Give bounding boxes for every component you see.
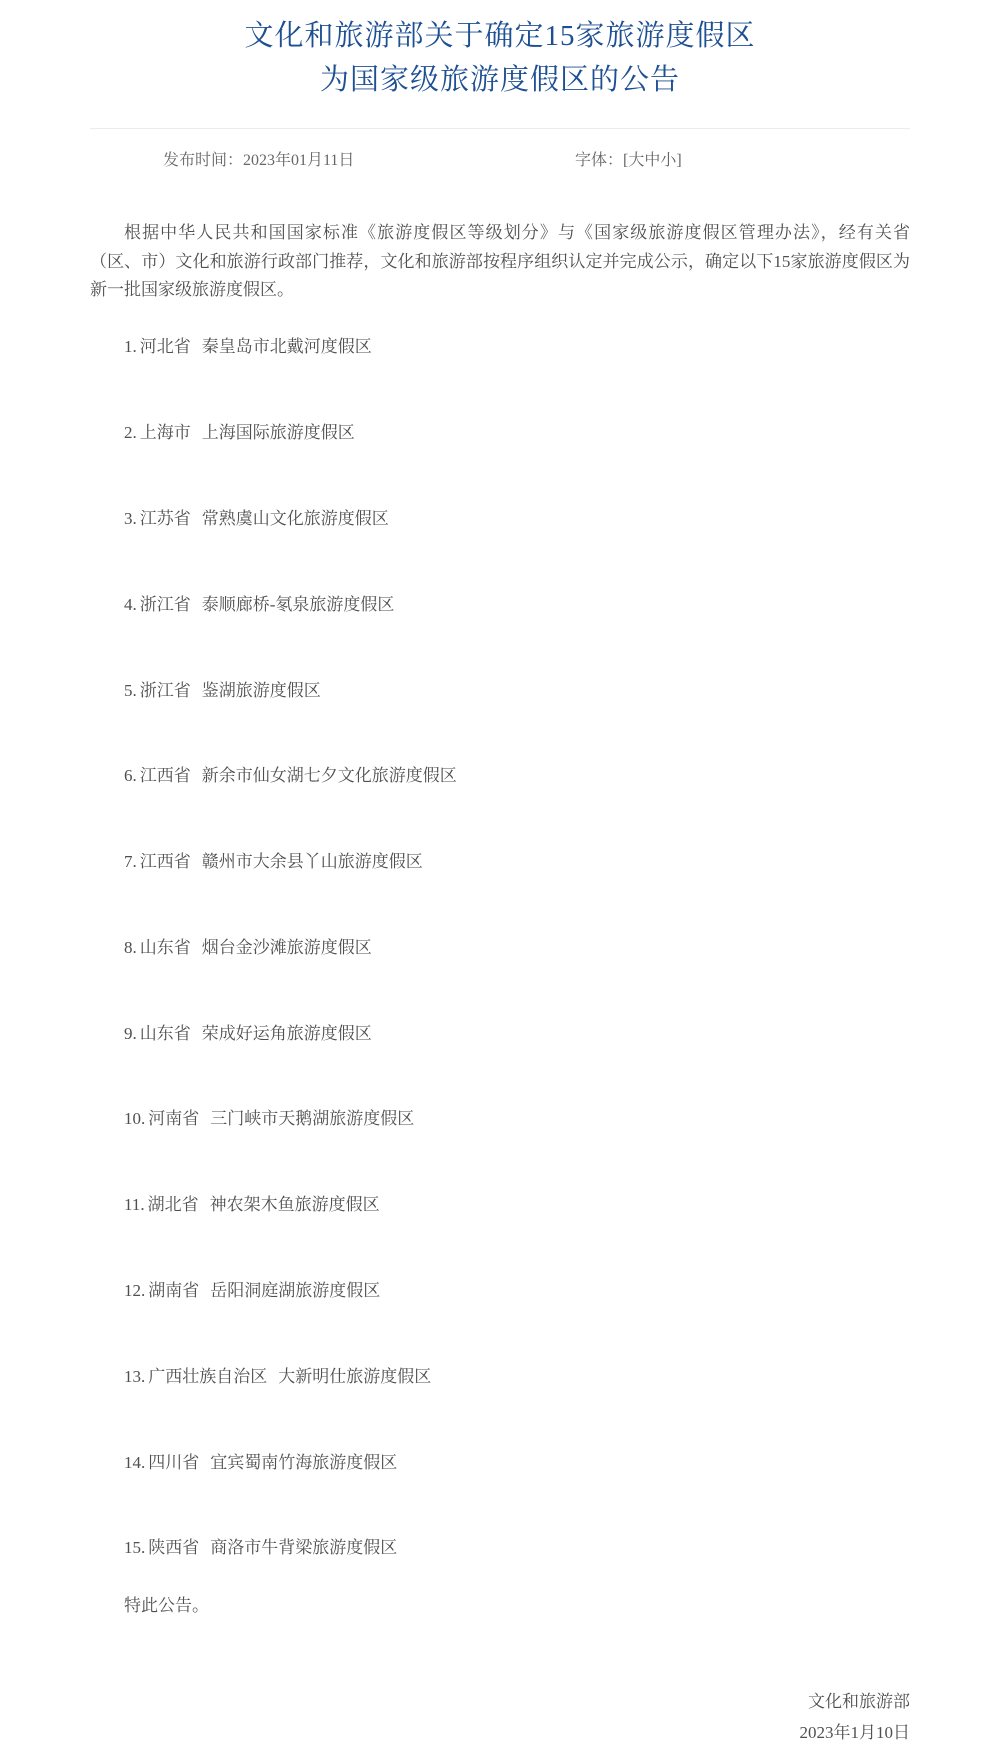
list-item-province: 湖南省 [148,1281,199,1300]
list-item: 1.河北省秦皇岛市北戴河度假区 [90,305,910,391]
list-item-resort-name: 泰顺廊桥-氡泉旅游度假区 [202,595,395,614]
list-item: 3.江苏省常熟虞山文化旅游度假区 [90,476,910,562]
list-item-number: 15. [124,1538,145,1557]
list-item-province: 广西壮族自治区 [148,1367,267,1386]
list-item-resort-name: 荣成好运角旅游度假区 [202,1024,372,1043]
list-item-resort-name: 神农架木鱼旅游度假区 [210,1195,380,1214]
list-item-resort-name: 商洛市牛背梁旅游度假区 [210,1538,397,1557]
list-item: 4.浙江省泰顺廊桥-氡泉旅游度假区 [90,562,910,648]
list-item-resort-name: 新余市仙女湖七夕文化旅游度假区 [202,766,457,785]
list-item-province: 山东省 [140,938,191,957]
list-item: 11.湖北省神农架木鱼旅游度假区 [90,1163,910,1249]
page-title-line1: 文化和旅游部关于确定15家旅游度假区 [244,20,755,52]
list-item-resort-name: 大新明仕旅游度假区 [278,1367,431,1386]
list-item: 9.山东省荣成好运角旅游度假区 [90,991,910,1077]
list-item: 6.江西省新余市仙女湖七夕文化旅游度假区 [90,734,910,820]
list-item-province: 河南省 [148,1109,199,1128]
font-size-label: 字体： [575,152,623,169]
signature-date: 2023年1月10日 [90,1717,910,1748]
list-item-resort-name: 常熟虞山文化旅游度假区 [202,509,389,528]
list-item-number: 9. [124,1024,137,1043]
list-item-province: 江西省 [140,852,191,871]
list-item-province: 山东省 [140,1024,191,1043]
list-item-number: 14. [124,1453,145,1472]
list-item: 7.江西省赣州市大余县丫山旅游度假区 [90,819,910,905]
font-size-control: 字体：[大中小] [575,147,682,170]
list-item-number: 13. [124,1367,145,1386]
list-item: 5.浙江省鉴湖旅游度假区 [90,648,910,734]
meta-row: 发布时间：2023年01月11日 字体：[大中小] [90,147,910,169]
list-item-number: 4. [124,595,137,614]
list-item-province: 陕西省 [148,1538,199,1557]
list-item: 10.河南省三门峡市天鹅湖旅游度假区 [90,1077,910,1163]
list-item-resort-name: 烟台金沙滩旅游度假区 [202,938,372,957]
signature-org: 文化和旅游部 [90,1686,910,1717]
list-item-resort-name: 鉴湖旅游度假区 [202,681,321,700]
list-item-province: 江西省 [140,766,191,785]
list-item-number: 2. [124,423,137,442]
list-item-province: 湖北省 [148,1195,199,1214]
list-item-province: 河北省 [140,337,191,356]
resort-list: 1.河北省秦皇岛市北戴河度假区 2.上海市上海国际旅游度假区 3.江苏省常熟虞山… [90,305,910,1592]
publish-date: 发布时间：2023年01月11日 [163,147,354,170]
document-body: 根据中华人民共和国国家标准《旅游度假区等级划分》与《国家级旅游度假区管理办法》，… [90,219,910,1620]
announcement-page: 文化和旅游部关于确定15家旅游度假区 为国家级旅游度假区的公告 发布时间：202… [0,0,1000,1758]
list-item-province: 四川省 [148,1453,199,1472]
title-divider [90,128,910,129]
list-item-number: 6. [124,766,137,785]
list-item-number: 1. [124,337,137,356]
list-item-resort-name: 岳阳洞庭湖旅游度假区 [210,1281,380,1300]
list-item-resort-name: 三门峡市天鹅湖旅游度假区 [210,1109,414,1128]
list-item-number: 3. [124,509,137,528]
list-item: 13.广西壮族自治区大新明仕旅游度假区 [90,1334,910,1420]
list-item-province: 浙江省 [140,595,191,614]
list-item: 14.四川省宜宾蜀南竹海旅游度假区 [90,1420,910,1506]
closing-line: 特此公告。 [90,1592,910,1621]
list-item-province: 浙江省 [140,681,191,700]
list-item: 2.上海市上海国际旅游度假区 [90,391,910,477]
signature-block: 文化和旅游部 2023年1月10日 [90,1686,910,1748]
list-item-province: 江苏省 [140,509,191,528]
list-item-resort-name: 上海国际旅游度假区 [202,423,355,442]
publish-date-label: 发布时间： [163,152,243,169]
list-item-number: 8. [124,938,137,957]
page-title-line2: 为国家级旅游度假区的公告 [320,64,680,96]
list-item: 8.山东省烟台金沙滩旅游度假区 [90,905,910,991]
page-title: 文化和旅游部关于确定15家旅游度假区 为国家级旅游度假区的公告 [90,14,910,102]
list-item-number: 5. [124,681,137,700]
publish-date-value: 2023年01月11日 [243,152,354,169]
list-item: 15.陕西省商洛市牛背梁旅游度假区 [90,1506,910,1592]
intro-paragraph: 根据中华人民共和国国家标准《旅游度假区等级划分》与《国家级旅游度假区管理办法》，… [90,219,910,305]
list-item: 12.湖南省岳阳洞庭湖旅游度假区 [90,1248,910,1334]
font-size-options[interactable]: [大中小] [623,152,682,169]
list-item-resort-name: 秦皇岛市北戴河度假区 [202,337,372,356]
list-item-number: 12. [124,1281,145,1300]
list-item-number: 11. [124,1195,145,1214]
list-item-number: 7. [124,852,137,871]
list-item-resort-name: 赣州市大余县丫山旅游度假区 [202,852,423,871]
list-item-province: 上海市 [140,423,191,442]
list-item-resort-name: 宜宾蜀南竹海旅游度假区 [210,1453,397,1472]
list-item-number: 10. [124,1109,145,1128]
